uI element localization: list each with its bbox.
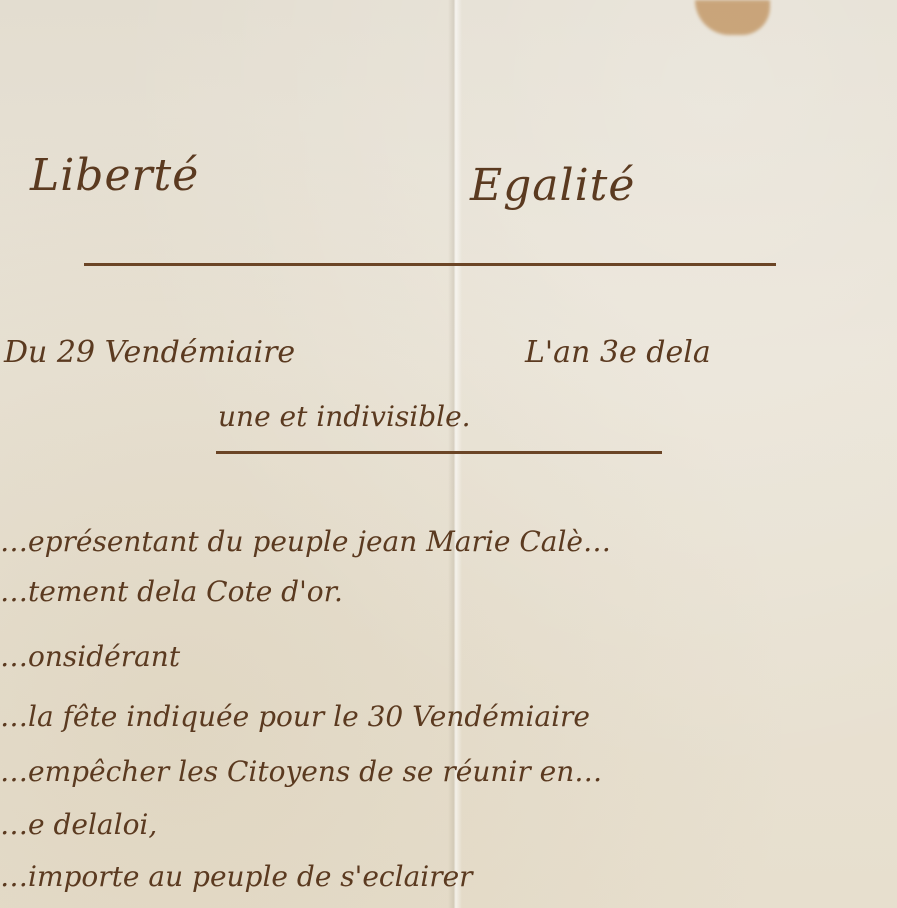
date-part2: L'an 3e dela [525,335,711,370]
body-line-4: …la fête indiquée pour le 30 Vendémiaire [0,700,590,733]
date-underline [216,451,662,454]
body-line-7: …importe au peuple de s'eclairer [0,860,473,893]
body-line-1: …eprésentant du peuple jean Marie Calè… [0,525,611,558]
body-line-2: …tement dela Cote d'or. [0,575,343,608]
heading-liberte: Liberté [30,150,199,201]
body-line-3: …onsidérant [0,640,180,673]
date-part1: Du 29 Vendémiaire [4,335,295,370]
heading-egalite: Egalité [470,160,635,211]
date-part3: une et indivisible. [218,400,471,433]
heading-underline [84,263,776,266]
body-line-6: …e delaloi, [0,808,157,841]
body-line-5: …empêcher les Citoyens de se réunir en… [0,755,602,788]
